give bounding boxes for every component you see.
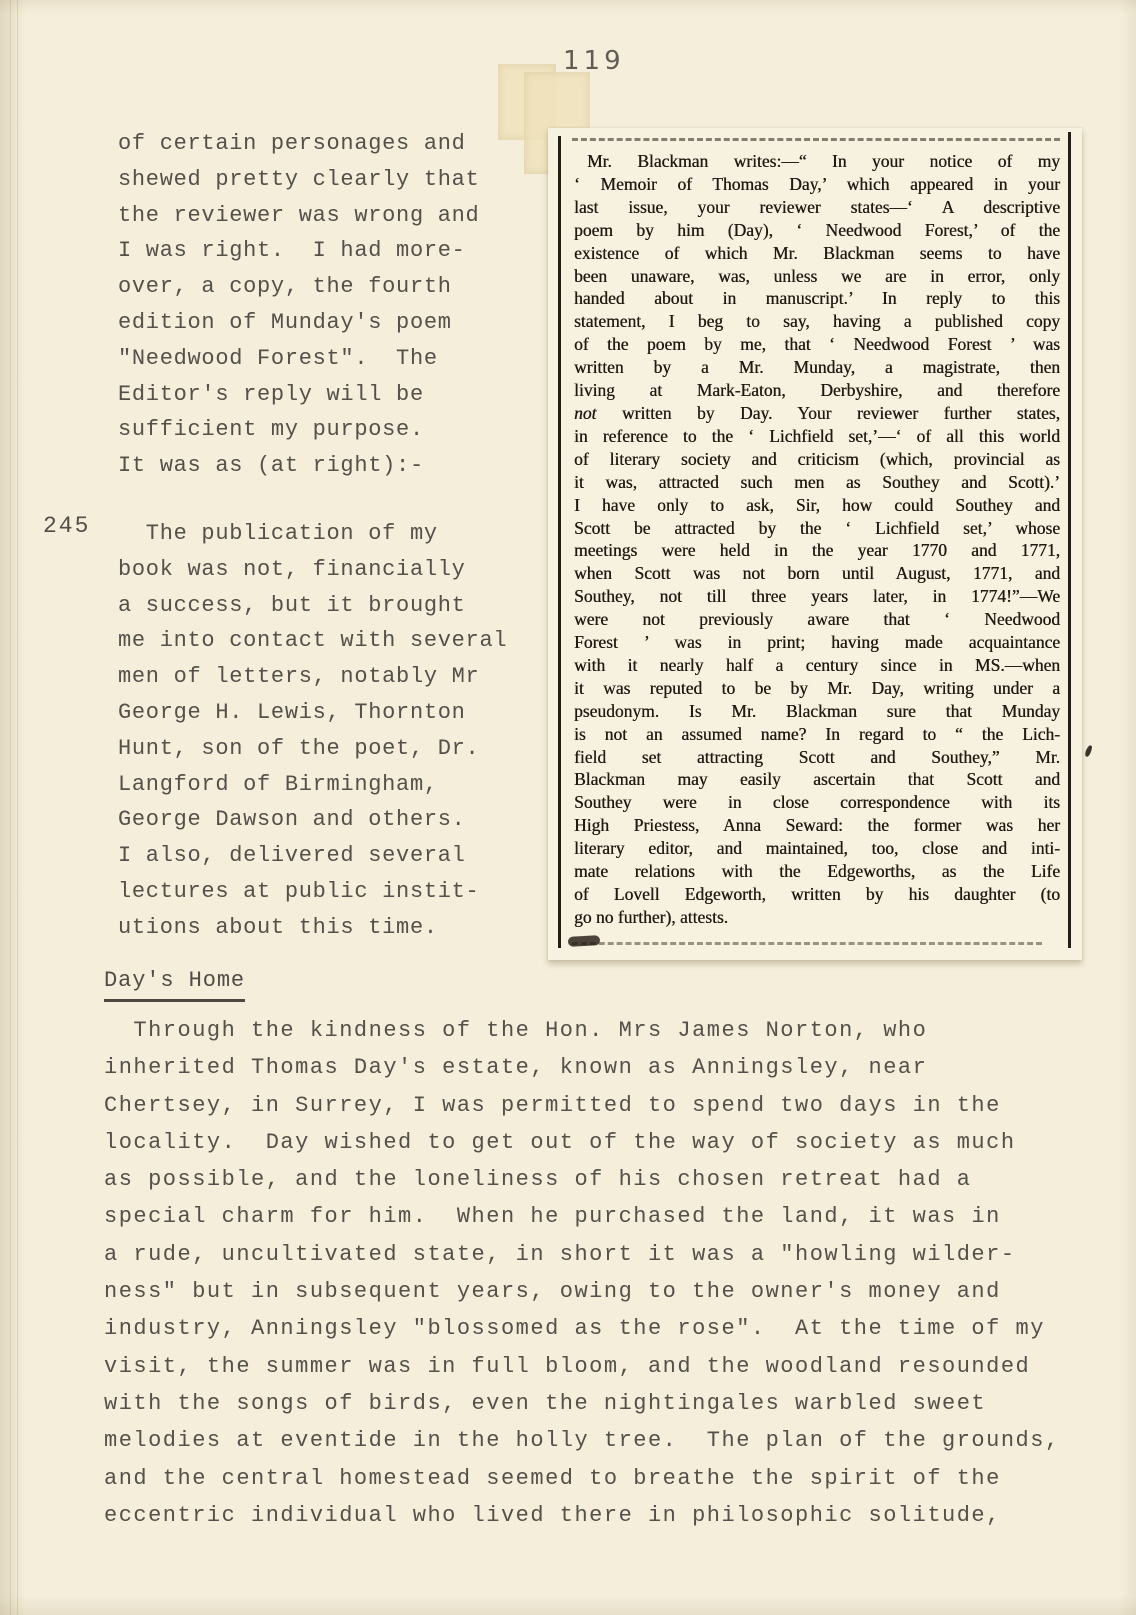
typewritten-left-column-paragraph-2: The publication of mybook was not, finan… <box>118 516 507 946</box>
clipping-line-15: it was, attracted such men as Southey an… <box>574 471 1060 494</box>
typed-line-1: of certain personages and <box>118 126 479 162</box>
typed-line-6: special charm for him. When he purchased… <box>104 1198 1060 1235</box>
clipping-line-22: Forest ’ was in print; having made acqua… <box>574 631 1060 654</box>
typed-line-14: eccentric individual who lived there in … <box>104 1497 1060 1534</box>
typed-line-8: Editor's reply will be <box>118 377 479 413</box>
typed-line-6: edition of Munday's poem <box>118 305 479 341</box>
clipping-left-column-rule <box>558 136 561 948</box>
clipping-line-31: literary editor, and maintained, too, cl… <box>574 837 1060 860</box>
clipping-line-19: when Scott was not born until August, 17… <box>574 562 1060 585</box>
clipping-line-12: not written by Day. Your reviewer furthe… <box>574 402 1060 425</box>
newspaper-clipping: Mr. Blackman writes:—“ In your notice of… <box>548 128 1082 960</box>
clipping-ink-smudge <box>568 935 600 947</box>
paper-crease-line <box>10 0 11 1615</box>
clipping-line-27: field set attracting Scott and Southey,”… <box>574 746 1060 769</box>
clipping-line-30: High Priestess, Anna Seward: the former … <box>574 814 1060 837</box>
typewritten-body-paragraph: Through the kindness of the Hon. Mrs Jam… <box>104 1012 1060 1534</box>
clipping-line-20: Southey, not till three years later, in … <box>574 585 1060 608</box>
clipping-line-18: meetings were held in the year 1770 and … <box>574 539 1060 562</box>
typed-line-9: industry, Anningsley "blossomed as the r… <box>104 1310 1060 1347</box>
pen-mark <box>1084 745 1093 758</box>
typed-line-11: with the songs of birds, even the nighti… <box>104 1385 1060 1422</box>
typed-line-13: and the central homestead seemed to brea… <box>104 1460 1060 1497</box>
clipping-cut-top-edge <box>572 138 1060 141</box>
clipping-line-32: mate relations with the Edgeworths, as t… <box>574 860 1060 883</box>
clipping-line-21: were not previously aware that ‘ Needwoo… <box>574 608 1060 631</box>
typed-line-4: I was right. I had more- <box>118 233 479 269</box>
clipping-line-23: with it nearly half a century since in M… <box>574 654 1060 677</box>
typed-line-5: men of letters, notably Mr <box>118 659 507 695</box>
margin-number: 245 <box>43 513 90 539</box>
clipping-line-5: existence of which Mr. Blackman seems to… <box>574 242 1060 265</box>
clipping-line-1: Mr. Blackman writes:—“ In your notice of… <box>574 150 1060 173</box>
clipping-line-13: in reference to the ‘ Lichfield set,’—‘ … <box>574 425 1060 448</box>
typed-line-10: visit, the summer was in full bloom, and… <box>104 1348 1060 1385</box>
typed-line-8: Langford of Birmingham, <box>118 767 507 803</box>
clipping-line-7: handed about in manuscript.’ In reply to… <box>574 287 1060 310</box>
typed-line-3: a success, but it brought <box>118 588 507 624</box>
clipping-line-24: it was reputed to be by Mr. Day, writing… <box>574 677 1060 700</box>
clipping-line-17: Scott be attracted by the ‘ Lichfield se… <box>574 517 1060 540</box>
clipping-right-column-rule <box>1068 132 1071 948</box>
clipping-line-10: written by a Mr. Munday, a magistrate, t… <box>574 356 1060 379</box>
typed-line-4: me into contact with several <box>118 623 507 659</box>
typed-line-7: a rude, uncultivated state, in short it … <box>104 1236 1060 1273</box>
typed-line-5: over, a copy, the fourth <box>118 269 479 305</box>
clipping-line-26: is not an assumed name? In regard to “ t… <box>574 723 1060 746</box>
clipping-cut-bottom-edge <box>572 942 1042 945</box>
clipping-line-29: Southey were in close correspondence wit… <box>574 791 1060 814</box>
typed-line-8: ness" but in subsequent years, owing to … <box>104 1273 1060 1310</box>
typed-line-2: shewed pretty clearly that <box>118 162 479 198</box>
clipping-line-33: of Lovell Edgeworth, written by his daug… <box>574 883 1060 906</box>
typed-line-6: George H. Lewis, Thornton <box>118 695 507 731</box>
typewritten-left-column-paragraph-1: of certain personages andshewed pretty c… <box>118 126 479 484</box>
clipping-line-8: statement, I beg to say, having a publis… <box>574 310 1060 333</box>
typed-line-3: the reviewer was wrong and <box>118 198 479 234</box>
typed-line-9: sufficient my purpose. <box>118 412 479 448</box>
clipping-line-2: ‘ Memoir of Thomas Day,’ which appeared … <box>574 173 1060 196</box>
clipping-line-6: been unaware, was, unless we are in erro… <box>574 265 1060 288</box>
typed-line-3: Chertsey, in Surrey, I was permitted to … <box>104 1087 1060 1124</box>
typed-line-12: melodies at eventide in the holly tree. … <box>104 1422 1060 1459</box>
typed-line-2: inherited Thomas Day's estate, known as … <box>104 1049 1060 1086</box>
clipping-line-11: living at Mark-Eaton, Derbyshire, and th… <box>574 379 1060 402</box>
clipping-line-3: last issue, your reviewer states—‘ A des… <box>574 196 1060 219</box>
typed-line-10: It was as (at right):- <box>118 448 479 484</box>
clipping-line-4: poem by him (Day), ‘ Needwood Forest,’ o… <box>574 219 1060 242</box>
typed-line-7: "Needwood Forest". The <box>118 341 479 377</box>
paper-crease-line <box>17 0 18 1615</box>
typed-line-9: George Dawson and others. <box>118 802 507 838</box>
clipping-line-34: go no further), attests. <box>574 906 1060 929</box>
typed-line-1: The publication of my <box>118 516 507 552</box>
section-heading: Day's Home <box>104 968 245 1002</box>
typed-line-1: Through the kindness of the Hon. Mrs Jam… <box>104 1012 1060 1049</box>
clipping-line-16: I have only to ask, Sir, how could South… <box>574 494 1060 517</box>
typed-line-11: lectures at public instit- <box>118 874 507 910</box>
clipping-line-25: pseudonym. Is Mr. Blackman sure that Mun… <box>574 700 1060 723</box>
typed-line-5: as possible, and the loneliness of his c… <box>104 1161 1060 1198</box>
clipping-text: Mr. Blackman writes:—“ In your notice of… <box>574 150 1060 929</box>
typed-line-7: Hunt, son of the poet, Dr. <box>118 731 507 767</box>
scanned-memoir-page: 119 of certain personages andshewed pret… <box>0 0 1136 1615</box>
typed-line-4: locality. Day wished to get out of the w… <box>104 1124 1060 1161</box>
typed-line-12: utions about this time. <box>118 910 507 946</box>
clipping-line-28: Blackman may easily ascertain that Scott… <box>574 768 1060 791</box>
typed-line-2: book was not, financially <box>118 552 507 588</box>
clipping-line-14: of literary society and criticism (which… <box>574 448 1060 471</box>
clipping-line-9: of the poem by me, that ‘ Needwood Fores… <box>574 333 1060 356</box>
typed-line-10: I also, delivered several <box>118 838 507 874</box>
